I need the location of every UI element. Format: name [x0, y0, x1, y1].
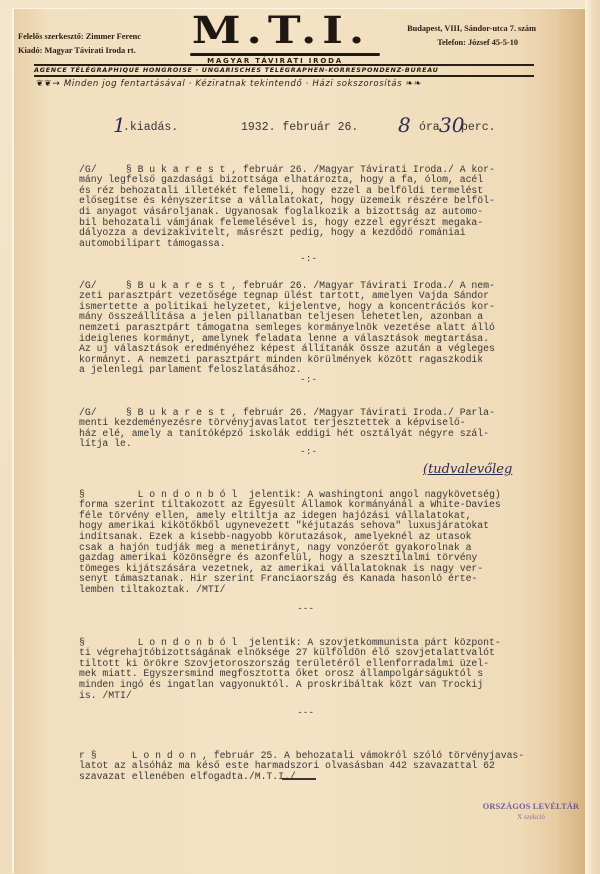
minute-label: perc.: [461, 121, 496, 134]
article-london-2: § L o n d o n b ó l jelentik: A szovjetk…: [79, 627, 579, 712]
article-line: nemzeti parasztpárt támogatna semleges k…: [79, 323, 579, 334]
article-line: is. /MTI/: [79, 691, 579, 702]
article-line: lemben tiltakoztak. /MTI/: [79, 585, 579, 596]
separator: ---: [297, 707, 314, 718]
letterhead-right: Budapest, VIII, Sándor-utca 7. szám Tele…: [376, 22, 536, 50]
banner-notice-text: Minden jog fentartásával · Kéziratnak te…: [64, 79, 402, 89]
banner-rule-bottom: [34, 75, 534, 77]
separator: -:-: [300, 374, 317, 385]
article-line: indítsanak. Ezek a kisebb-nagyobb köruta…: [79, 532, 579, 543]
separator: ---: [297, 603, 314, 614]
separator: -:-: [300, 253, 317, 264]
closing-rule: [282, 778, 316, 780]
address-label: Budapest, VIII, Sándor-utca 7. szám: [376, 22, 536, 36]
issue-date: 1932. február 26.: [241, 121, 358, 134]
ornament-right-icon: ❧❧: [402, 79, 422, 89]
ornament-left-icon: ❦❦→: [36, 79, 64, 89]
editor-label: Felelős szerkesztő: Zimmer Ferenc: [18, 30, 178, 44]
article-line: minden ingó és ingatlan vagyonuktól. A p…: [79, 680, 579, 691]
scan-top-margin: [0, 0, 600, 9]
publisher-label: Kiadó: Magyar Távirati Iroda rt.: [18, 44, 178, 58]
dateline: 1 .kiadás. 1932. február 26. 8 óra 30 pe…: [0, 121, 600, 141]
article-line: szavazat ellenében elfogadta./M.T.I./: [79, 772, 579, 783]
stamp-section: X szekció: [476, 813, 586, 821]
article-line: a jelenlegi parlament feloszlatásához.: [79, 365, 579, 376]
edition-label: .kiadás.: [123, 121, 178, 134]
mti-logo: M.T.I.: [186, 14, 376, 48]
article-line: di anyagot vásároljanak. Ugyanosak fogla…: [79, 207, 579, 218]
article-london-1: § L o n d o n b ó l jelentik: A washingt…: [79, 479, 579, 606]
handwritten-annotation: (tudvalevőleg: [423, 462, 512, 477]
article-bucharest-2: /G/ § B u k a r e s t , február 26. /Mag…: [79, 270, 579, 387]
separator: -:-: [300, 446, 317, 457]
hour-value: 8: [398, 113, 411, 137]
article-london-3: r § L o n d o n , február 25. A behozata…: [79, 740, 579, 793]
logo-underline: [190, 53, 380, 56]
article-line: ház elé, amely a tanítóképző iskolák edd…: [79, 429, 579, 440]
phone-label: Telefon: József 45-5-10: [376, 36, 536, 50]
archive-stamp: ORSZÁGOS LEVÉLTÁR X szekció: [476, 802, 586, 821]
banner-notice: ❦❦→ Minden jog fentartásával · Kéziratna…: [36, 79, 546, 89]
hour-label: óra: [419, 121, 440, 134]
letterhead-left: Felelős szerkesztő: Zimmer Ferenc Kiadó:…: [18, 30, 178, 58]
article-line: automobilipart támogassa.: [79, 239, 579, 250]
stamp-title: ORSZÁGOS LEVÉLTÁR: [476, 802, 586, 811]
article-line: lítja le.: [79, 439, 579, 450]
article-bucharest-1: /G/ § B u k a r e s t , február 26. /Mag…: [79, 154, 579, 260]
article-bucharest-3: /G/ § B u k a r e s t , február 26. /Mag…: [79, 397, 579, 461]
banner-foreign-names: AGENCE TÉLÉGRAPHIQUE HONGROISE · UNGARIS…: [34, 66, 534, 74]
